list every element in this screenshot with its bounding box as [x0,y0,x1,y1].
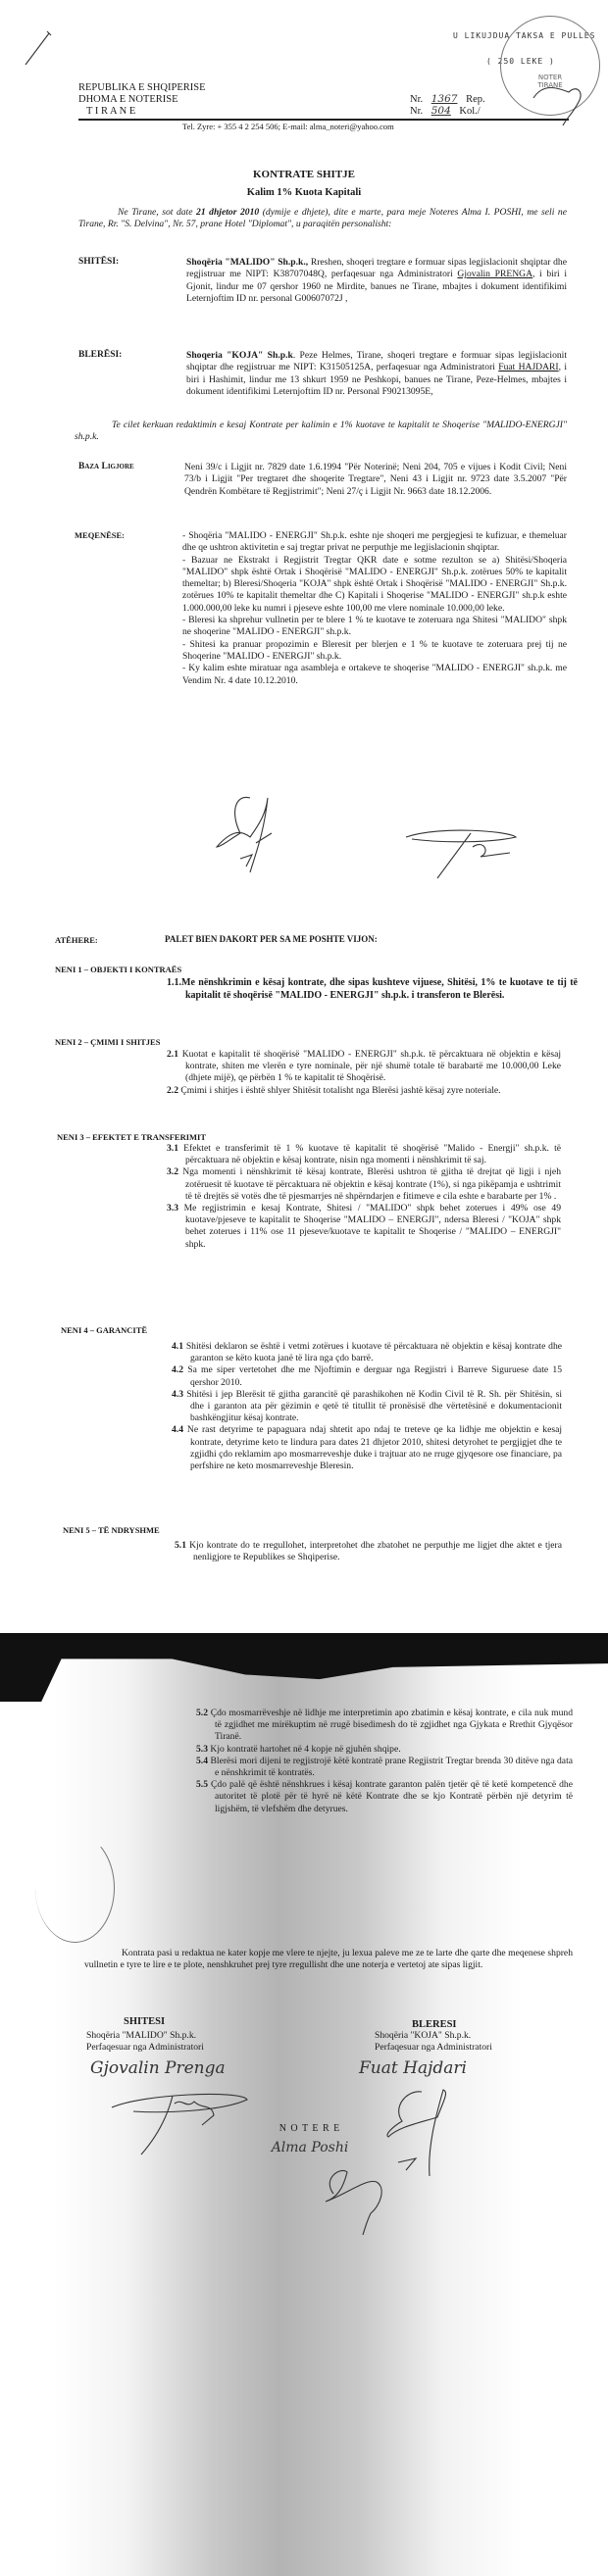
whereas-item: - Ky kalim eshte miratuar nga asambleja … [182,663,567,687]
clause-text: Kjo kontrate do te rregullohet, interpre… [189,1540,562,1562]
clause-text: Blerësi mori dijeni te regjistrojë këtë … [211,1756,573,1778]
clause-number: 4.1 [172,1341,183,1352]
header-chamber: DHOMA E NOTERISE [78,94,178,105]
notary-seal-stamp-partial [35,1833,115,1943]
seller-handwritten-name: Gjovalin Prenga [90,2058,226,2078]
clause-text: Kjo kontratë hartohet në 4 kopje në gjuh… [210,1744,400,1755]
seller-signature-title: SHITESI [124,2016,165,2027]
legal-basis-label: Baza Ligjore [78,462,134,471]
clause-number: 3.1 [167,1143,178,1154]
article-1-heading: NENI 1 – OBJEKTI I KONTRAËS [55,965,181,974]
clause-5-2: 5.2 Çdo mosmarrëveshje në lidhje me inte… [196,1708,573,1744]
clause-number: 2.2 [167,1085,178,1096]
article-4-clauses: 4.1 Shitësi deklaron se është i vetmi zo… [172,1341,562,1472]
clause-text: Çdo mosmarrëveshje në lidhje me interpre… [211,1708,573,1742]
clause-5-3: 5.3 Kjo kontratë hartohet në 4 kopje në … [196,1744,573,1756]
document-page-2: ATËHERE: Palet bien dakort per sa me pos… [0,882,608,1657]
article-5-continued-clauses: 5.2 Çdo mosmarrëveshje në lidhje me inte… [196,1708,573,1815]
buyer-company: Shoqeria "KOJA" Sh.p.k [186,350,293,361]
agreement-text: Palet bien dakort per sa me poshte vijon… [165,934,378,944]
clause-5-5: 5.5 Çdo palë që është nënshkrues i kësaj… [196,1779,573,1815]
clause-number: 3.2 [167,1166,178,1177]
clause-number: 2.1 [167,1049,178,1060]
clause-5-4: 5.4 Blerësi mori dijeni te regjistrojë k… [196,1756,573,1779]
buyer-signature-company: Shoqëria "KOJA" Sh.p.k. [375,2030,471,2042]
rep-number-line: Nr. 1367 Rep. [410,94,485,105]
clause-4-2: 4.2 Sa me siper vertetohet dhe me Njofti… [172,1364,562,1388]
whereas-item: - Bazuar ne Ekstrakt i Regjistrit Tregta… [182,555,567,615]
clause-text: Me nënshkrimin e kësaj kontrate, dhe sip… [181,977,578,1001]
header-republic: REPUBLIKA E SHQIPERISE [78,82,206,93]
contract-title: KONTRATE SHITJE [0,169,608,180]
article-2-heading: NENI 2 – ÇMIMI I SHITJES [55,1037,160,1047]
whereas-item: - Bleresi ka shprehur vullnetin per te b… [182,615,567,639]
kol-number-line: Nr. 504 Kol./ [410,106,481,117]
buyer-signature-role: Perfaqesuar nga Administratori [375,2042,492,2054]
article-3-heading: NENI 3 – EFEKTET E TRANSFERIMIT [57,1132,206,1142]
header-divider [78,119,569,121]
kol-suffix: Kol./ [459,106,480,117]
clause-number: 4.2 [172,1364,183,1375]
clause-5-1: 5.1 Kjo kontrate do te rregullohet, inte… [175,1540,562,1563]
clause-text: Efektet e transferimit të 1 % kuotave të… [183,1143,561,1165]
clause-text: Çmimi i shitjes i është shlyer Shitësit … [180,1085,500,1096]
notary-initial-signature [530,69,588,127]
buyer-handwritten-name: Fuat Hajdari [359,2058,467,2078]
request-paragraph: Te cilet kerkuan redaktimin e kesaj Kont… [75,420,567,444]
buyer-admin-name: Fuat HAJDARI [498,362,558,372]
clause-3-1: 3.1 Efektet e transferimit të 1 % kuotav… [167,1143,561,1166]
closing-paragraph: Kontrata pasi u redaktua ne kater kopje … [84,1948,573,1972]
notary-signature-title: N O T E R E [6,2123,608,2134]
whereas-list: - Shoqëria "MALIDO - ENERGJI" Sh.p.k. es… [182,530,567,687]
rep-suffix: Rep. [466,94,485,105]
clause-text: Shitësi i jep Blerësit të gjitha garanci… [186,1389,562,1423]
article-5-heading: NENI 5 – TË NDRYSHME [63,1525,160,1535]
buyer-initial-signature [402,823,520,882]
clause-text: Me regjistrimin e kesaj Kontrate, Shites… [184,1203,561,1250]
clause-3-3: 3.3 Me regjistrimin e kesaj Kontrate, Sh… [167,1203,561,1251]
clause-text: Kuotat e kapitalit të shoqërisë "MALIDO … [182,1049,561,1083]
clause-4-3: 4.3 Shitësi i jep Blerësit të gjitha gar… [172,1389,562,1425]
whereas-item: - Shitesi ka pranuar propozimin e Bleres… [182,639,567,664]
clause-4-4: 4.4 Ne rast detyrime te papaguara ndaj s… [172,1424,562,1472]
clause-3-2: 3.2 Nga momenti i nënshkrimit të kësaj k… [167,1166,561,1203]
clause-text: Shitësi deklaron se është i vetmi zotëru… [186,1341,562,1363]
article-3-clauses: 3.1 Efektet e transferimit të 1 % kuotav… [167,1143,561,1251]
clause-text: Çdo palë që është nënshkrues i kësaj kon… [211,1779,573,1813]
article-2-clauses: 2.1 Kuotat e kapitalit të shoqërisë "MAL… [167,1049,561,1097]
clause-number: 5.2 [196,1708,208,1718]
clause-number: 5.1 [175,1540,186,1551]
kol-number: 504 [426,105,457,117]
seller-initial-signature [211,794,299,882]
clause-2-2: 2.2 Çmimi i shitjes i është shlyer Shitë… [167,1085,561,1097]
clause-number: 5.3 [196,1744,208,1755]
agreement-label: ATËHERE: [55,935,98,945]
clause-number: 5.4 [196,1756,208,1766]
clause-number: 3.3 [167,1203,178,1214]
header-city: T I R A N E [86,106,135,117]
contract-subtitle: Kalim 1% Kuota Kapitali [0,187,608,198]
whereas-label: MEQENËSE: [75,530,125,540]
clause-number: 1.1. [167,977,181,988]
seller-admin-name: Gjovalin PRENGA [457,269,532,279]
clause-number: 4.4 [172,1424,183,1435]
seller-signature-company: Shoqëria "MALIDO" Sh.p.k. [86,2030,196,2042]
seller-label: SHITËSI: [78,257,119,267]
buyer-details: Shoqeria "KOJA" Sh.p.k. Peze Helmes, Tir… [186,350,567,398]
clause-2-1: 2.1 Kuotat e kapitalit të shoqërisë "MAL… [167,1049,561,1085]
header-contact: Tel. Zyre: + 355 4 2 254 506; E-mail: al… [182,122,394,131]
seller-signature-role: Perfaqesuar nga Administratori [86,2042,204,2054]
article-4-heading: NENI 4 – GARANCITË [61,1325,147,1335]
seller-details: Shoqëria "MALIDO" Sh.p.k., Rreshen, shoq… [186,257,567,305]
seller-company: Shoqëria "MALIDO" Sh.p.k., [186,257,308,268]
buyer-signature-title: BLERESI [412,2019,457,2030]
clause-number: 4.3 [172,1389,183,1400]
notary-signature [318,2158,406,2237]
clause-4-1: 4.1 Shitësi deklaron se është i vetmi zo… [172,1341,562,1364]
kol-label: Nr. [410,106,423,117]
buyer-label: BLERËSI: [78,350,122,360]
clause-text: Sa me siper vertetohet dhe me Njoftimin … [187,1364,562,1387]
clause-text: Nga momenti i nënshkrimit të kësaj kontr… [182,1166,561,1201]
rep-label: Nr. [410,94,423,105]
intro-text-1: Ne Tirane, sot date [118,207,196,218]
clause-text: Ne rast detyrime te papaguara ndaj shtet… [187,1424,562,1471]
clause-1-1: 1.1.Me nënshkrimin e kësaj kontrate, dhe… [167,976,578,1002]
clause-number: 5.5 [196,1779,208,1790]
document-page-3: 5.2 Çdo mosmarrëveshje në lidhje me inte… [0,1647,608,2576]
whereas-item: - Shoqëria "MALIDO - ENERGJI" Sh.p.k. es… [182,530,567,555]
legal-basis-text: Neni 39/c i Ligjit nr. 7829 date 1.6.199… [184,462,567,498]
intro-paragraph: Ne Tirane, sot date 21 dhjetor 2010 (dym… [78,207,567,231]
document-page-1: REPUBLIKA E SHQIPERISE DHOMA E NOTERISE … [0,0,608,882]
contract-date: 21 dhjetor 2010 [196,207,259,218]
notary-handwritten-name: Alma Poshi [6,2140,608,2155]
rep-number: 1367 [426,93,464,105]
pen-mark-icon [24,29,53,69]
